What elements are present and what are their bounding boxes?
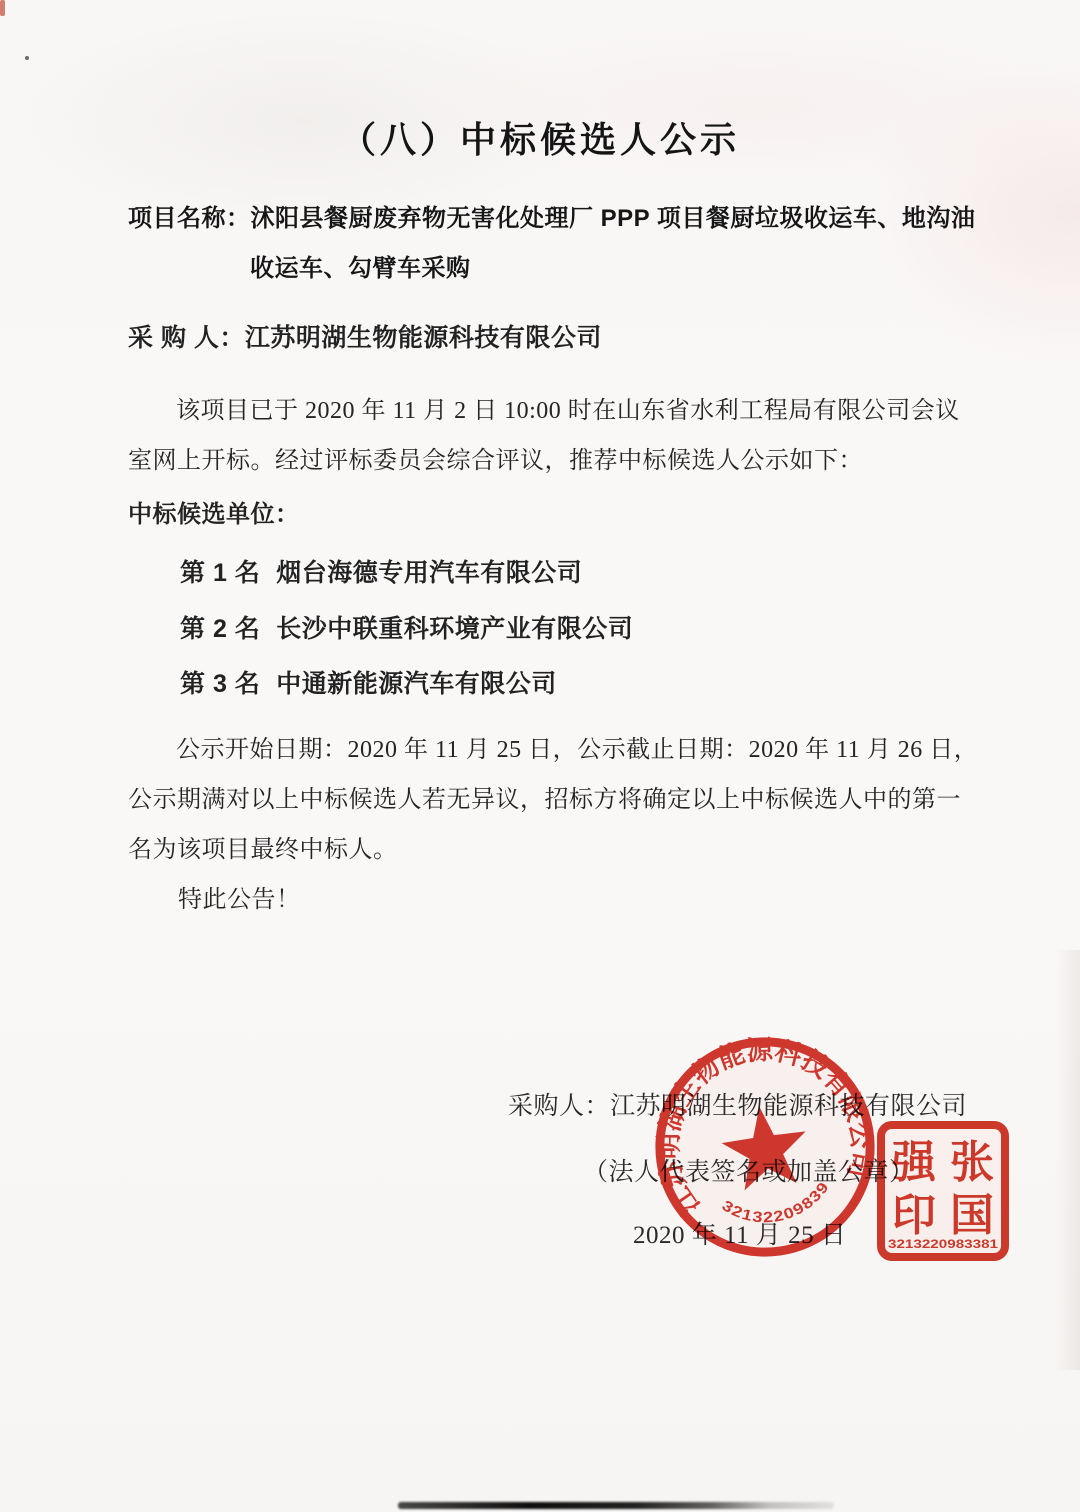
candidate-rank: 第 3 名	[180, 664, 260, 700]
candidate-row-1: 第 1 名烟台海德专用汽车有限公司	[180, 553, 582, 589]
company-round-seal: 江苏明湖生物能源科技有限公司 3213220983977	[646, 1028, 884, 1266]
closing-statement: 特此公告！	[178, 879, 301, 914]
publicity-line2: 公示期满对以上中标候选人若无异议，招标方将确定以上中标候选人中的第一	[128, 779, 961, 814]
seal-id-number: 3213220983381	[888, 1237, 998, 1251]
publicity-line1: 公示开始日期：2020 年 11 月 25 日，公示截止日期：2020 年 11…	[176, 729, 978, 764]
scan-artifact-smudge	[1054, 950, 1080, 1370]
document-title: （八）中标候选人公示	[0, 112, 1080, 163]
scan-artifact-red-speck	[0, 0, 5, 16]
candidate-row-3: 第 3 名中通新能源汽车有限公司	[180, 664, 557, 700]
candidate-name: 中通新能源汽车有限公司	[276, 670, 557, 698]
publicity-line3: 名为该项目最终中标人。	[128, 829, 398, 864]
scan-artifact-bottom-line	[398, 1502, 834, 1509]
candidate-name: 长沙中联重科环境产业有限公司	[276, 615, 633, 643]
seal-char-bottom-left: 印	[892, 1191, 936, 1240]
personal-square-seal-graphic: 强 张 印 国 3213220983381	[876, 1120, 1010, 1262]
seal-char-top-left: 强	[891, 1138, 937, 1187]
seal-char-top-right: 张	[950, 1138, 994, 1187]
project-name-line1: 项目名称：沭阳县餐厨废弃物无害化处理厂 PPP 项目餐厨垃圾收运车、地沟油	[128, 198, 975, 233]
candidate-rank: 第 2 名	[180, 609, 260, 645]
personal-square-seal: 强 张 印 国 3213220983381	[876, 1120, 1010, 1262]
bid-opening-line2: 室网上开标。经过评标委员会综合评议，推荐中标候选人公示如下：	[128, 440, 863, 475]
seal-char-bottom-right: 国	[950, 1191, 994, 1240]
candidate-row-2: 第 2 名长沙中联重科环境产业有限公司	[180, 609, 633, 645]
bid-opening-line1: 该项目已于 2020 年 11 月 2 日 10:00 时在山东省水利工程局有限…	[176, 390, 960, 425]
company-round-seal-graphic: 江苏明湖生物能源科技有限公司 3213220983977	[646, 1028, 884, 1266]
candidate-name: 烟台海德专用汽车有限公司	[276, 559, 582, 587]
scan-artifact-dark-speck	[25, 56, 29, 60]
scanned-document-page: （八）中标候选人公示 项目名称：沭阳县餐厨废弃物无害化处理厂 PPP 项目餐厨垃…	[0, 0, 1080, 1512]
candidate-rank: 第 1 名	[180, 553, 260, 589]
candidates-heading: 中标候选单位：	[128, 494, 300, 529]
project-name-line2: 收运车、勾臂车采购	[250, 248, 471, 283]
purchaser-line: 采 购 人：江苏明湖生物能源科技有限公司	[128, 318, 602, 354]
